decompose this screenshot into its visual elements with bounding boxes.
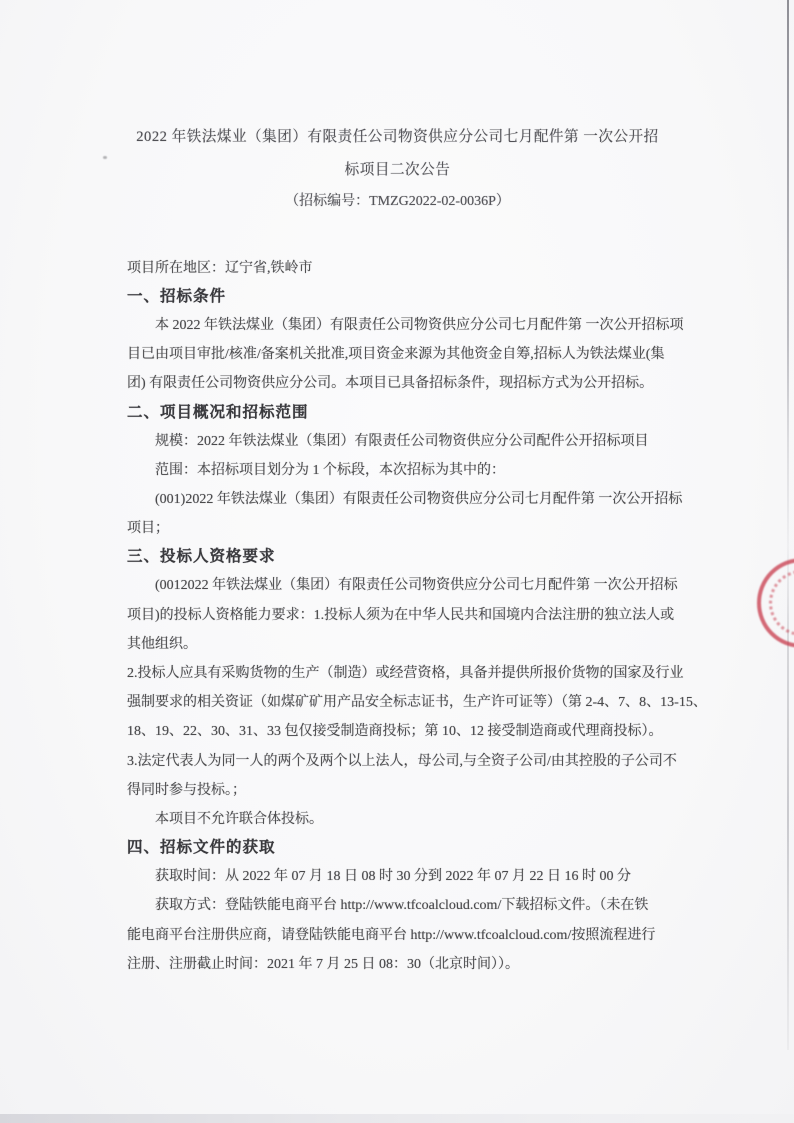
document-content: 2022 年铁法煤业（集团）有限责任公司物资供应分公司七月配件第 一次公开招 标… — [127, 0, 668, 979]
section-heading: 三、投标人资格要求 — [127, 543, 668, 571]
text-line: 本项目不允许联合体投标。 — [127, 805, 668, 834]
document-title-line1: 2022 年铁法煤业（集团）有限责任公司物资供应分公司七月配件第 一次公开招 — [127, 121, 668, 154]
section-heading: 二、项目概况和招标范围 — [127, 399, 668, 427]
text-line: 2.投标人应具有采购货物的生产（制造）或经营资格，具备并提供所报价货物的国家及行… — [127, 659, 668, 688]
text-line: 团) 有限责任公司物资供应分公司。本项目已具备招标条件，现招标方式为公开招标。 — [127, 369, 668, 398]
text-line: 项目； — [127, 514, 668, 543]
red-seal-stamp-text-ring — [769, 570, 794, 636]
scanned-document-page: 2022 年铁法煤业（集团）有限责任公司物资供应分公司七月配件第 一次公开招 标… — [0, 0, 794, 1123]
document-title: 2022 年铁法煤业（集团）有限责任公司物资供应分公司七月配件第 一次公开招 标… — [127, 121, 668, 187]
text-line: 目已由项目审批/核准/备案机关批准,项目资金来源为其他资金自筹,招标人为铁法煤业… — [127, 340, 668, 369]
scan-edge-line — [787, 0, 789, 1050]
text-line: 范围：本招标项目划分为 1 个标段，本次招标为其中的： — [127, 456, 668, 485]
text-line: 本 2022 年铁法煤业（集团）有限责任公司物资供应分公司七月配件第 一次公开招… — [127, 311, 668, 340]
text-line: 18、19、22、30、31、33 包仅接受制造商投标；第 10、12 接受制造… — [127, 717, 668, 746]
text-line: 得同时参与投标。； — [127, 776, 668, 805]
text-line: 3.法定代表人为同一人的两个及两个以上法人，母公司,与全资子公司/由其控股的子公… — [127, 747, 668, 776]
text-line: 强制要求的相关资证（如煤矿矿用产品安全标志证书，生产许可证等）（第 2-4、7、… — [127, 688, 668, 717]
document-body: 一、招标条件本 2022 年铁法煤业（集团）有限责任公司物资供应分公司七月配件第… — [127, 283, 668, 979]
text-line: 获取方式：登陆铁能电商平台 http://www.tfcoalcloud.com… — [127, 891, 668, 920]
text-line: 获取时间：从 2022 年 07 月 18 日 08 时 30 分到 2022 … — [127, 862, 668, 891]
page-bottom-shadow — [0, 1114, 794, 1123]
section-heading: 一、招标条件 — [127, 283, 668, 311]
text-line: 其他组织。 — [127, 630, 668, 659]
text-line: 项目)的投标人资格能力要求：1.投标人须为在中华人民共和国境内合法注册的独立法人… — [127, 601, 668, 630]
scan-speck-artifact — [103, 156, 107, 159]
text-line: 规模：2022 年铁法煤业（集团）有限责任公司物资供应分公司配件公开招标项目 — [127, 427, 668, 456]
section-heading: 四、招标文件的获取 — [127, 834, 668, 862]
project-location: 项目所在地区：辽宁省,铁岭市 — [127, 254, 668, 283]
text-line: 能电商平台注册供应商，请登陆铁能电商平台 http://www.tfcoalcl… — [127, 921, 668, 950]
tender-number: （招标编号：TMZG2022-02-0036P） — [127, 187, 668, 217]
red-seal-stamp — [757, 558, 794, 648]
text-line: (0012022 年铁法煤业（集团）有限责任公司物资供应分公司七月配件第 一次公… — [127, 571, 668, 600]
text-line: (001)2022 年铁法煤业（集团）有限责任公司物资供应分公司七月配件第 一次… — [127, 485, 668, 514]
text-line: 注册、注册截止时间：2021 年 7 月 25 日 08：30（北京时间））。 — [127, 950, 668, 979]
document-title-line2: 标项目二次公告 — [127, 154, 668, 187]
